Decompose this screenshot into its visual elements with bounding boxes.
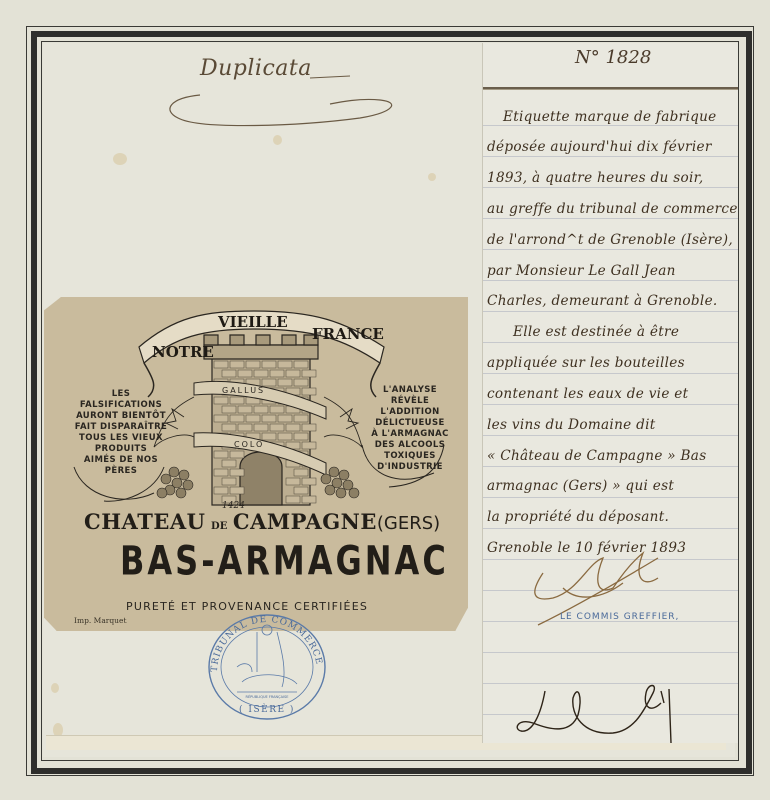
svg-text:RÉPUBLIQUE FRANÇAISE: RÉPUBLIQUE FRANÇAISE	[246, 694, 289, 699]
slogan-line: TOUS LES VIEUX	[66, 433, 176, 444]
svg-text:VIEILLE: VIEILLE	[217, 313, 288, 331]
slogan-line: TOXIQUES	[360, 451, 460, 462]
wine-label: GALLUS COLO NOTRE VIEILLE FRANCE	[44, 297, 468, 631]
foxing-spot	[428, 173, 436, 181]
svg-text:FRANCE: FRANCE	[312, 325, 384, 343]
foxing-spot	[51, 683, 59, 693]
slogan-line: LES	[66, 389, 176, 400]
clerk-signature-icon	[517, 686, 671, 744]
foxing-spot	[113, 153, 127, 165]
slogan-line: AURONT BIENTÔT	[66, 411, 176, 422]
slogan-line: AIMÉS DE NOS	[66, 455, 176, 466]
slogan-line: DÉLICTUEUSE	[360, 418, 460, 429]
tribunal-seal-icon: TRIBUNAL DE COMMERCE DE GRENOBLE RÉPUBLI…	[197, 612, 337, 722]
slogan-line: D'INDUSTRIE	[360, 462, 460, 473]
left-slogan: LESFALSIFICATIONSAURONT BIENTÔTFAIT DISP…	[66, 389, 176, 477]
slogan-line: DES ALCOOLS	[360, 440, 460, 451]
de-word: DE	[211, 521, 227, 532]
register-column: N° 1828 Etiquette marque de fabriquedépo…	[482, 43, 738, 743]
clerk-stamp-text: LE COMMIS GREFFIER,	[560, 612, 679, 622]
slogan-line: À L'ARMAGNAC	[360, 429, 460, 440]
slogan-line: L'ANALYSE	[360, 385, 460, 396]
right-slogan: L'ANALYSERÉVÈLE L'ADDITIONDÉLICTUEUSEÀ L…	[360, 385, 460, 473]
duplicata-heading: Duplicata	[200, 56, 312, 81]
svg-text:NOTRE: NOTRE	[152, 343, 214, 361]
svg-text:( ISÈRE ): ( ISÈRE )	[239, 703, 295, 715]
slogan-line: PÈRES	[66, 466, 176, 477]
signatures-layer	[483, 43, 738, 743]
product-name: BAS-ARMAGNAC	[120, 537, 420, 585]
chateau-word: CHATEAU	[84, 509, 205, 534]
svg-text:COLO: COLO	[234, 440, 264, 449]
slogan-line: RÉVÈLE L'ADDITION	[360, 396, 460, 418]
slogan-line: FALSIFICATIONS	[66, 400, 176, 411]
chateau-name: CHATEAU DE CAMPAGNE(GERS)	[84, 509, 464, 534]
slogan-line: FAIT DISPARAÎTRE	[66, 422, 176, 433]
svg-text:GALLUS: GALLUS	[222, 386, 265, 395]
campagne-word: CAMPAGNE	[233, 509, 377, 534]
slogan-line: PRODUITS	[66, 444, 176, 455]
printer-credit: Imp. Marquet	[74, 616, 126, 625]
seated-figure-icon	[237, 625, 297, 692]
region-gers: (GERS)	[377, 513, 440, 534]
